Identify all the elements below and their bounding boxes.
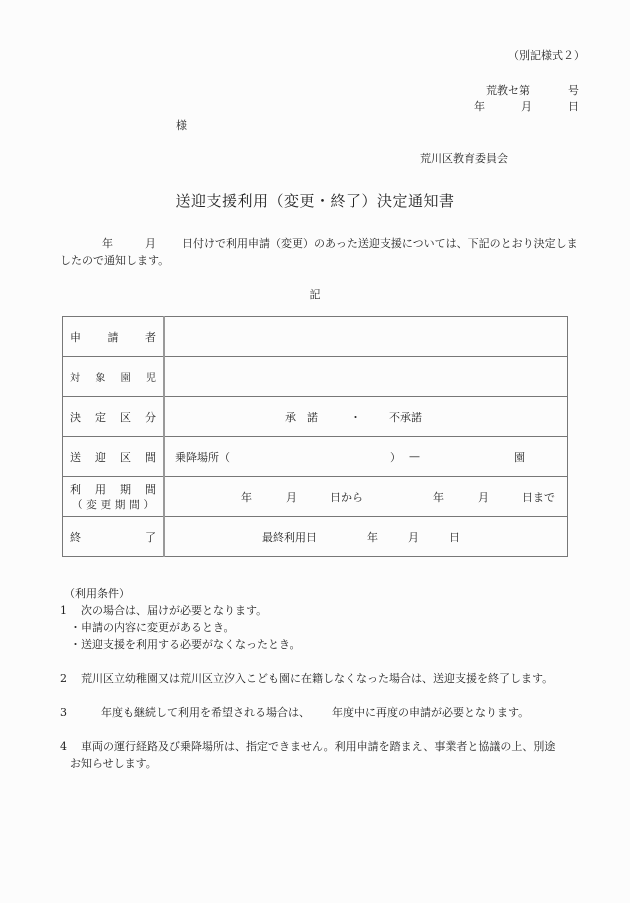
school-suffix: 園 <box>514 449 525 465</box>
applicant-value <box>164 317 568 357</box>
reject-option: 不承諾 <box>389 409 422 425</box>
body-year: 年 <box>102 237 113 250</box>
date-day: 日 <box>568 100 579 113</box>
table-row-decision: 決定区分 承 諾 ・ 不承諾 <box>63 397 568 437</box>
table-row-period: 利用期間 （変更期間） 年 月 日から 年 月 日まで <box>63 477 568 517</box>
pickup-place-label: 乗降場所（ <box>175 449 230 465</box>
issuer: 荒川区教育委員会 <box>420 150 508 166</box>
condition-1-bullet-1: ・申請の内容に変更があるとき。 <box>70 619 555 636</box>
approve-option: 承 諾 <box>285 409 318 425</box>
label-route: 送迎区間 <box>63 449 163 465</box>
document-number: 荒教セ第号 <box>486 82 579 98</box>
child-value <box>164 357 568 397</box>
addressee: 様 <box>176 117 187 133</box>
label-end: 終了 <box>63 529 163 545</box>
table-row-route: 送迎区間 乗降場所（ ） — 園 <box>63 437 568 477</box>
table-row-child: 対象園児 <box>63 357 568 397</box>
decision-table: 申請者 対象園児 決定区分 承 諾 ・ 不承諾 送迎区間 乗降場所（ ） — <box>62 316 568 557</box>
condition-2: 2荒川区立幼稚園又は荒川区立汐入こども園に在籍しなくなった場合は、送迎支援を終了… <box>60 670 555 687</box>
last-use-label: 最終利用日 <box>262 529 317 545</box>
label-decision: 決定区分 <box>63 409 163 425</box>
label-period: 利用期間 （変更期間） <box>63 481 163 512</box>
ki-heading: 記 <box>0 286 630 302</box>
separator-dot: ・ <box>350 409 361 425</box>
condition-4-continued: お知らせします。 <box>70 755 555 772</box>
body-month: 月 <box>145 237 156 250</box>
body-text: 年月日付けで利用申請（変更）のあった送迎支援については、下記のとおり決定しました… <box>60 235 580 269</box>
condition-3: 3年度も継続して利用を希望される場合は、年度中に再度の申請が必要となります。 <box>60 704 555 721</box>
table-row-applicant: 申請者 <box>63 317 568 357</box>
condition-1: 1次の場合は、届けが必要となります。 <box>60 602 555 619</box>
doc-number-suffix: 号 <box>568 82 579 98</box>
usage-conditions: （利用条件） 1次の場合は、届けが必要となります。 ・申請の内容に変更があるとき… <box>60 585 555 772</box>
label-applicant: 申請者 <box>63 329 163 345</box>
issue-date: 年月日 <box>474 98 579 114</box>
doc-number-prefix: 荒教セ第 <box>486 82 530 98</box>
date-month: 月 <box>521 100 532 113</box>
form-number: （別記様式２） <box>508 47 585 63</box>
table-row-end: 終了 最終利用日 年 月 日 <box>63 517 568 557</box>
body-sentence: 日付けで利用申請（変更）のあった送迎支援については、下記のとおり決定しましたので… <box>60 237 578 267</box>
condition-1-bullet-2: ・送迎支援を利用する必要がなくなったとき。 <box>70 636 555 653</box>
condition-4: 4車両の運行経路及び乗降場所は、指定できません。利用申請を踏まえ、事業者と協議の… <box>60 738 555 755</box>
label-target-child: 対象園児 <box>63 369 163 384</box>
conditions-heading: （利用条件） <box>64 585 555 602</box>
date-year: 年 <box>474 100 485 113</box>
document-title: 送迎支援利用（変更・終了）決定通知書 <box>0 190 630 211</box>
